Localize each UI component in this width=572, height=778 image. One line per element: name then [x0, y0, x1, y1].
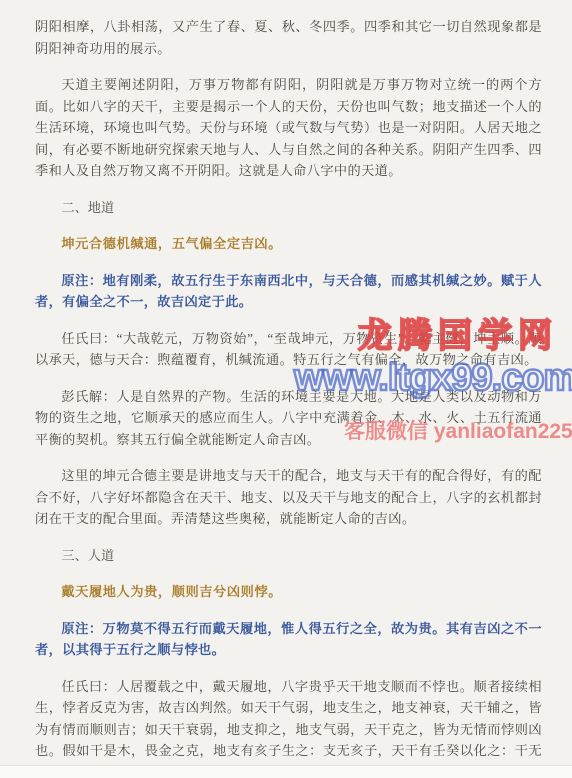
original-note-rendao: 原注：万物莫不得五行而戴天履地，惟人得五行之全，故为贵。其有吉凶之不一者，以其得…: [35, 618, 542, 661]
section-heading-didao: 二、地道: [35, 197, 542, 219]
renshi-commentary-rendao: 任氏曰：人居覆载之中，戴天履地，八字贵乎天干地支顺而不悖也。顺者接续相生，悖者反…: [35, 676, 542, 762]
original-note-didao: 原注：地有刚柔，故五行生于东南西北中，与天合德，而感其机缄之妙。赋于人者，有偏全…: [35, 270, 542, 313]
renshi-commentary-didao: 任氏曰：“大哉乾元，万物资始”，“至哉坤元，万物资生”。乾主健，坤主顺。顺以承天…: [35, 328, 542, 371]
paragraph-kunyuan-summary: 这里的坤元合德主要是讲地支与天干的配合，地支与天干有的配合得好，有的配合不好，八…: [35, 465, 542, 530]
page-bottom-edge: [0, 765, 572, 778]
document-page: 阴阳相摩，八卦相荡，又产生了春、夏、秋、冬四季。四季和其它一切自然现象都是阴阳神…: [0, 0, 572, 778]
paragraph-intro-continuation: 阴阳相摩，八卦相荡，又产生了春、夏、秋、冬四季。四季和其它一切自然现象都是阴阳神…: [35, 16, 542, 59]
section-heading-rendao: 三、人道: [35, 545, 542, 567]
verse-rendao: 戴天履地人为贵，顺则吉兮凶则悖。: [35, 581, 542, 603]
pengshi-commentary-didao: 彭氏解：人是自然界的产物。生活的环境主要是大地。大地是人类以及动物和万物的资生之…: [35, 386, 542, 451]
paragraph-tiandao: 天道主要阐述阴阳，万事万物都有阴阳，阴阳就是万事万物对立统一的两个方面。比如八字…: [35, 74, 542, 182]
verse-didao: 坤元合德机缄通，五气偏全定吉凶。: [35, 233, 542, 255]
